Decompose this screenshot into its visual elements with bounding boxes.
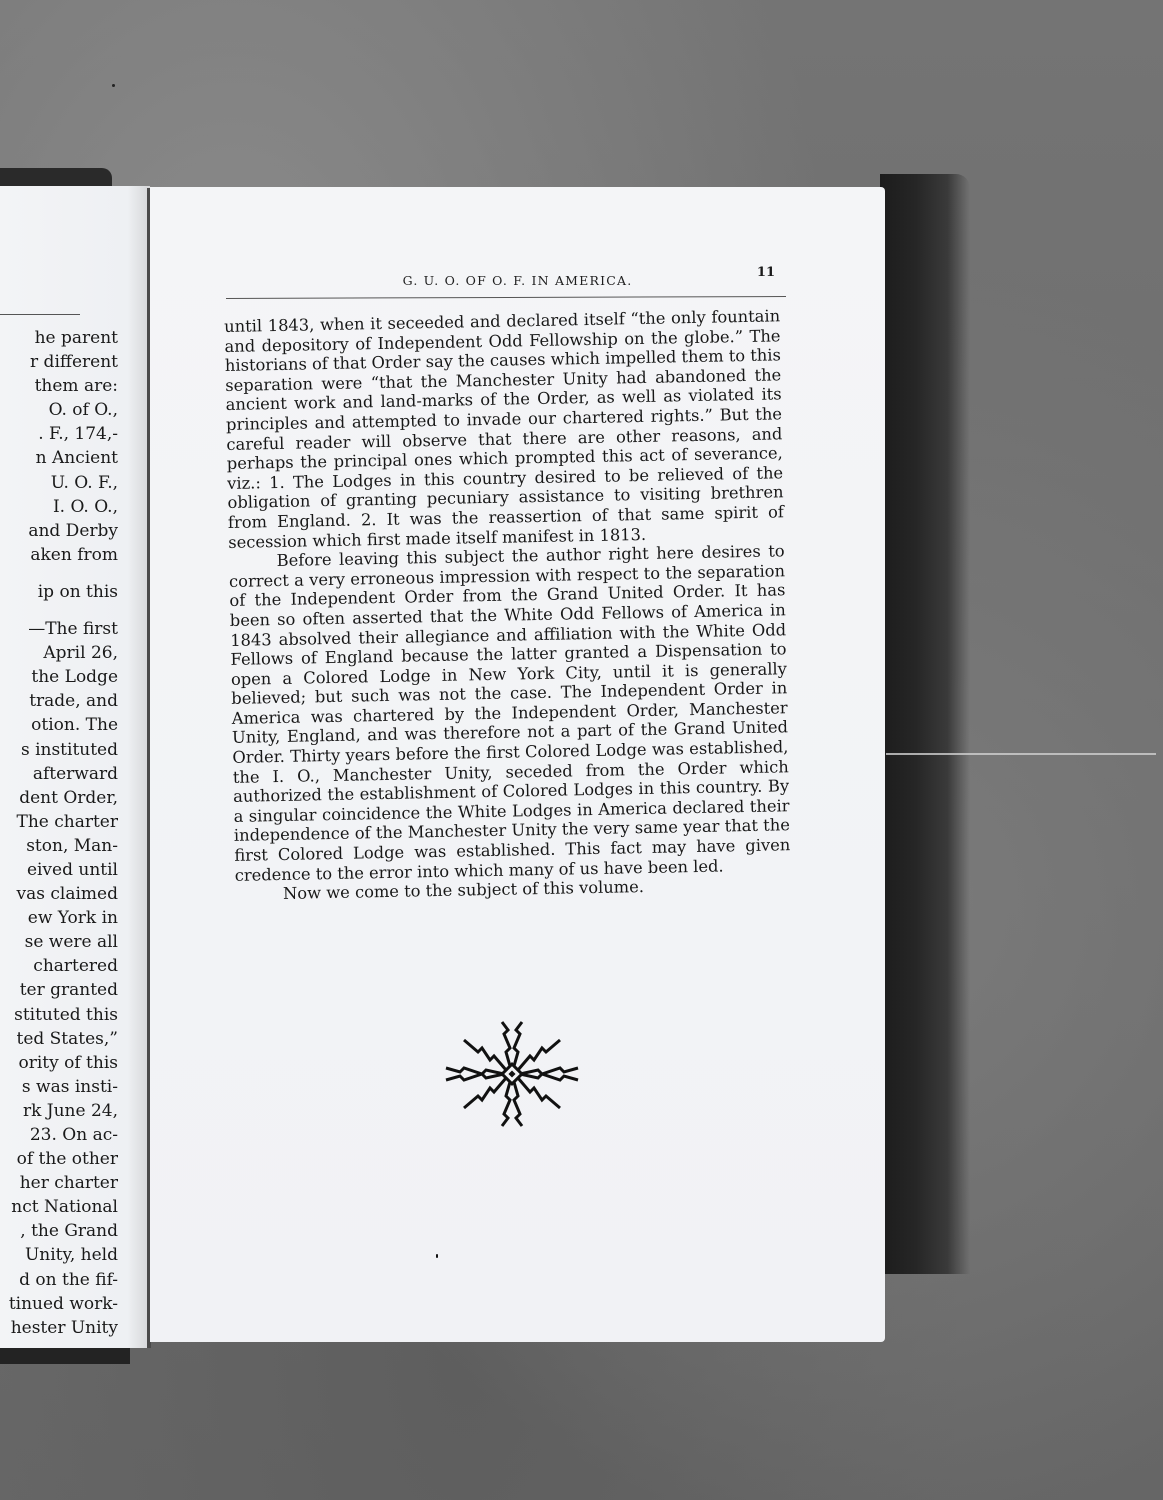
left-line: ew York in (0, 906, 118, 930)
left-line: ted States,” (0, 1027, 118, 1051)
left-line: and Derby (0, 519, 118, 543)
left-line: tinued work- (0, 1292, 118, 1316)
left-line: the Lodge (0, 665, 118, 689)
sunburst-ornament-icon (442, 1019, 582, 1129)
left-line: he parent (0, 326, 118, 350)
body-text: until 1843, when it seceeded and declare… (224, 306, 791, 904)
left-line: —The first (0, 617, 118, 641)
left-line: dent Order, (0, 786, 118, 810)
left-page-head-rule (0, 314, 80, 315)
right-page: G. U. O. OF O. F. IN AMERICA. 11 until 1… (150, 187, 885, 1342)
left-line: s instituted (0, 738, 118, 762)
left-line: ip on this (0, 580, 118, 604)
left-line: rk June 24, (0, 1099, 118, 1123)
left-line: , the Grand (0, 1219, 118, 1243)
left-line: afterward (0, 762, 118, 786)
left-line: d on the fif- (0, 1268, 118, 1292)
left-line: of the other (0, 1147, 118, 1171)
left-line: April 26, (0, 641, 118, 665)
left-line: n Ancient (0, 446, 118, 470)
left-line: r different (0, 350, 118, 374)
left-line: ston, Man- (0, 834, 118, 858)
left-line: Unity, held (0, 1243, 118, 1267)
left-line: se were all (0, 930, 118, 954)
left-page: he parent r different them are: O. of O.… (0, 186, 150, 1348)
left-line: s was insti- (0, 1075, 118, 1099)
left-line: The charter (0, 810, 118, 834)
dust-speck (112, 84, 115, 87)
page-number: 11 (757, 265, 775, 280)
left-line: chartered (0, 954, 118, 978)
left-line: 23. On ac- (0, 1123, 118, 1147)
left-line: her charter (0, 1171, 118, 1195)
left-line: I. O. O., (0, 495, 118, 519)
left-line: eived until (0, 858, 118, 882)
head-rule (226, 296, 786, 299)
left-page-text: he parent r different them are: O. of O.… (0, 326, 118, 1340)
left-line: . F., 174,- (0, 422, 118, 446)
scan-crease-line (886, 753, 1156, 755)
paragraph: until 1843, when it seceeded and declare… (224, 306, 784, 552)
left-line: vas claimed (0, 882, 118, 906)
left-line: nct National (0, 1195, 118, 1219)
left-line: trade, and (0, 689, 118, 713)
left-line: them are: (0, 374, 118, 398)
ink-speck (436, 1254, 438, 1258)
paragraph: Before leaving this subject the author r… (229, 541, 791, 885)
left-line: U. O. F., (0, 471, 118, 495)
left-line: ter granted (0, 978, 118, 1002)
book-back-cover (880, 174, 970, 1274)
left-line: otion. The (0, 713, 118, 737)
left-line: O. of O., (0, 398, 118, 422)
left-line: stituted this (0, 1003, 118, 1027)
left-line: hester Unity (0, 1316, 118, 1340)
left-line: aken from (0, 543, 118, 567)
left-line: ority of this (0, 1051, 118, 1075)
